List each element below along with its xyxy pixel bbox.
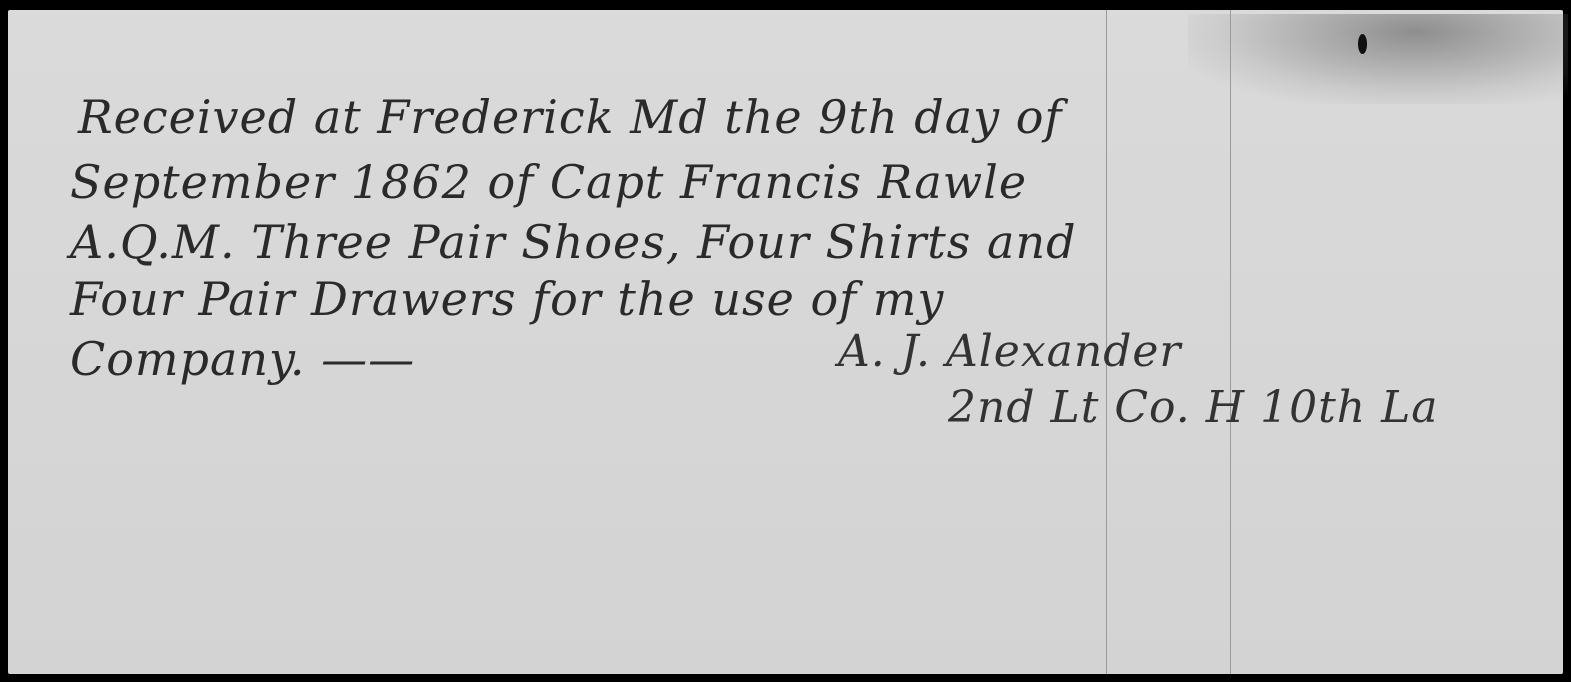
text-line-4: Four Pair Drawers for the use of my [70, 272, 944, 326]
paper-hole [1358, 34, 1367, 54]
water-stain [1188, 14, 1568, 104]
text-line-1: Received at Frederick Md the 9th day of [78, 90, 1062, 144]
ruled-line [1230, 10, 1231, 674]
document-paper: Received at Frederick Md the 9th day of … [8, 10, 1563, 674]
signature-title: 2nd Lt Co. H 10th La [948, 382, 1439, 433]
text-line-5: Company. —— [70, 332, 415, 386]
signature-name: A. J. Alexander [838, 326, 1181, 377]
text-line-2: September 1862 of Capt Francis Rawle [70, 155, 1027, 209]
text-line-3: A.Q.M. Three Pair Shoes, Four Shirts and [70, 215, 1077, 269]
